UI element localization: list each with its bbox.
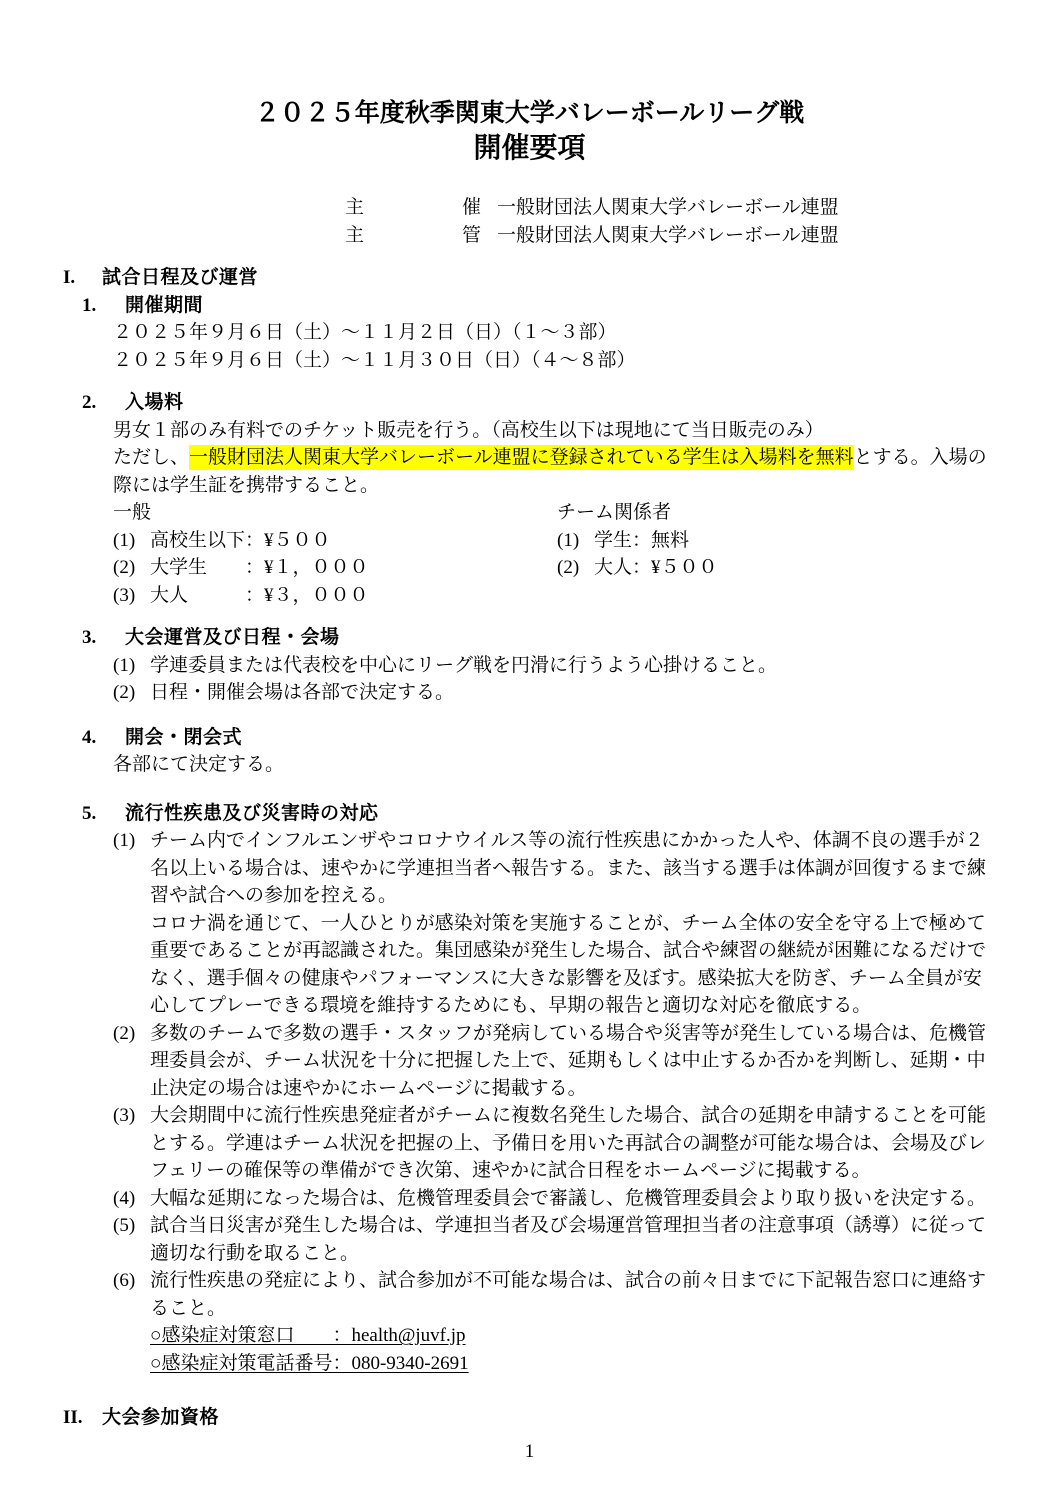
price-text: 高校生以下：¥５００ xyxy=(150,527,557,555)
item-number: (2) xyxy=(557,554,594,582)
contact-block: ○感染症対策窓口 ：health@juvf.jp ○感染症対策電話番号：080-… xyxy=(150,1322,997,1377)
list-item: (4) 大幅な延期になった場合は、危機管理委員会で審議し、危機管理委員会より取り… xyxy=(113,1185,997,1213)
subsection-number: 2. xyxy=(82,389,125,417)
organizer-name: 一般財団法人関東大学バレーボール連盟 xyxy=(497,194,839,222)
document-page: ２０２５年度秋季関東大学バレーボールリーグ戦 開催要項 主 催 一般財団法人関東… xyxy=(0,0,1059,1497)
subsection-number: 4. xyxy=(82,724,125,752)
item-text: 日程・開催会場は各部で決定する。 xyxy=(150,679,997,707)
subsection-number: 1. xyxy=(82,292,125,320)
price-item: (2) 大人：¥５００ xyxy=(557,554,997,582)
section-2-heading: II. 大会参加資格 xyxy=(63,1404,1059,1432)
organizers: 主 催 一般財団法人関東大学バレーボール連盟 主 管 一般財団法人関東大学バレー… xyxy=(345,194,1059,249)
price-text: 大人：¥５００ xyxy=(594,554,997,582)
subsection-title: 入場料 xyxy=(125,389,184,417)
organizer-role-suffix: 管 xyxy=(462,222,481,250)
item-number: (3) xyxy=(113,582,150,610)
subsection-2-heading: 2. 入場料 xyxy=(82,389,1059,417)
list-item: (6) 流行性疾患の発症により、試合参加が不可能な場合は、試合の前々日までに下記… xyxy=(113,1267,997,1322)
price-item: (1) 高校生以下：¥５００ xyxy=(113,527,557,555)
list-item: (2) 多数のチームで多数の選手・スタッフが発病している場合や災害等が発生してい… xyxy=(113,1020,997,1103)
price-column-general: 一般 (1) 高校生以下：¥５００ (2) 大学生 ：¥１，０００ (3) 大人… xyxy=(113,499,557,609)
subsection-body: 各部にて決定する。 xyxy=(113,751,997,779)
schedule-line: ２０２５年９月６日（土）～１１月２日（日）（１～３部） xyxy=(113,319,997,347)
infection-contact-phone: ○感染症対策電話番号：080-9340-2691 xyxy=(150,1353,469,1374)
infection-contact-email: ○感染症対策窓口 ：health@juvf.jp xyxy=(150,1325,466,1346)
item-number: (5) xyxy=(113,1212,150,1267)
organizer-row-manager: 主 管 一般財団法人関東大学バレーボール連盟 xyxy=(345,222,1059,250)
title-block: ２０２５年度秋季関東大学バレーボールリーグ戦 開催要項 xyxy=(0,0,1059,166)
price-column-title: チーム関係者 xyxy=(557,499,997,527)
subsection-3-heading: 3. 大会運営及び日程・会場 xyxy=(82,624,1059,652)
subsection-number: 3. xyxy=(82,624,125,652)
subsection-title: 流行性疾患及び災害時の対応 xyxy=(125,800,379,828)
section-title: 大会参加資格 xyxy=(102,1404,219,1432)
price-item: (2) 大学生 ：¥１，０００ xyxy=(113,554,557,582)
item-text: 大幅な延期になった場合は、危機管理委員会で審議し、危機管理委員会より取り扱いを決… xyxy=(150,1185,997,1213)
item-text: 試合当日災害が発生した場合は、学連担当者及び会場運営管理担当者の注意事項（誘導）… xyxy=(150,1212,997,1267)
price-columns: 一般 (1) 高校生以下：¥５００ (2) 大学生 ：¥１，０００ (3) 大人… xyxy=(113,499,997,609)
item-text: 大会期間中に流行性疾患発症者がチームに複数名発生した場合、試合の延期を申請するこ… xyxy=(150,1102,997,1185)
price-column-title: 一般 xyxy=(113,499,557,527)
subsection-title: 開会・閉会式 xyxy=(125,724,242,752)
note-pre: ただし、 xyxy=(113,447,189,468)
page-subtitle: 開催要項 xyxy=(0,131,1059,166)
subsection-1-heading: 1. 開催期間 xyxy=(82,292,1059,320)
item-text: 学連委員または代表校を中心にリーグ戦を円滑に行うよう心掛けること。 xyxy=(150,652,997,680)
highlighted-text: 一般財団法人関東大学バレーボール連盟に登録されている学生は入場料を無料 xyxy=(189,445,854,470)
price-column-team: チーム関係者 (1) 学生：無料 (2) 大人：¥５００ xyxy=(557,499,997,609)
item-number: (3) xyxy=(113,1102,150,1185)
price-text: 大人 ：¥３，０００ xyxy=(150,582,557,610)
organizer-role-suffix: 催 xyxy=(462,194,481,222)
page-title: ２０２５年度秋季関東大学バレーボールリーグ戦 xyxy=(0,96,1059,131)
organizer-role: 主 xyxy=(345,194,364,222)
section-title: 試合日程及び運営 xyxy=(102,264,258,292)
organizer-row-host: 主 催 一般財団法人関東大学バレーボール連盟 xyxy=(345,194,1059,222)
list-item: (3) 大会期間中に流行性疾患発症者がチームに複数名発生した場合、試合の延期を申… xyxy=(113,1102,997,1185)
item-text: チーム内でインフルエンザやコロナウイルス等の流行性疾患にかかった人や、体調不良の… xyxy=(150,827,997,910)
item-text: 多数のチームで多数の選手・スタッフが発病している場合や災害等が発生している場合は… xyxy=(150,1020,997,1103)
subsection-title: 大会運営及び日程・会場 xyxy=(125,624,340,652)
list-item: (1) 学連委員または代表校を中心にリーグ戦を円滑に行うよう心掛けること。 xyxy=(113,652,997,680)
item-number: (4) xyxy=(113,1185,150,1213)
page-number: 1 xyxy=(0,1438,1059,1466)
item-continuation-paragraph: コロナ渦を通じて、一人ひとりが感染対策を実施することが、チーム全体の安全を守る上… xyxy=(150,910,997,1020)
item-text: 流行性疾患の発症により、試合参加が不可能な場合は、試合の前々日までに下記報告窓口… xyxy=(150,1267,997,1322)
item-number: (1) xyxy=(113,652,150,680)
subsection-number: 5. xyxy=(82,800,125,828)
price-item: (3) 大人 ：¥３，０００ xyxy=(113,582,557,610)
item-number: (2) xyxy=(113,554,150,582)
schedule-line: ２０２５年９月６日（土）～１１月３０日（日）（４～８部） xyxy=(113,347,997,375)
price-text: 学生：無料 xyxy=(594,527,997,555)
list-item: (1) チーム内でインフルエンザやコロナウイルス等の流行性疾患にかかった人や、体… xyxy=(113,827,997,910)
section-number: II. xyxy=(63,1404,102,1432)
subsection-5-heading: 5. 流行性疾患及び災害時の対応 xyxy=(82,800,1059,828)
item-number: (2) xyxy=(113,679,150,707)
item-number: (2) xyxy=(113,1020,150,1103)
item-number: (6) xyxy=(113,1267,150,1322)
list-item: (5) 試合当日災害が発生した場合は、学連担当者及び会場運営管理担当者の注意事項… xyxy=(113,1212,997,1267)
list-item: (2) 日程・開催会場は各部で決定する。 xyxy=(113,679,997,707)
subsection-4-heading: 4. 開会・閉会式 xyxy=(82,724,1059,752)
admission-intro: 男女１部のみ有料でのチケット販売を行う。（高校生以下は現地にて当日販売のみ） xyxy=(113,417,997,445)
item-number: (1) xyxy=(557,527,594,555)
subsection-title: 開催期間 xyxy=(125,292,203,320)
item-number: (1) xyxy=(113,827,150,910)
section-1-heading: I. 試合日程及び運営 xyxy=(63,264,1059,292)
price-item: (1) 学生：無料 xyxy=(557,527,997,555)
organizer-role: 主 xyxy=(345,222,364,250)
section-number: I. xyxy=(63,264,102,292)
item-number: (1) xyxy=(113,527,150,555)
organizer-name: 一般財団法人関東大学バレーボール連盟 xyxy=(497,222,839,250)
price-text: 大学生 ：¥１，０００ xyxy=(150,554,557,582)
admission-note: ただし、一般財団法人関東大学バレーボール連盟に登録されている学生は入場料を無料と… xyxy=(113,444,997,499)
